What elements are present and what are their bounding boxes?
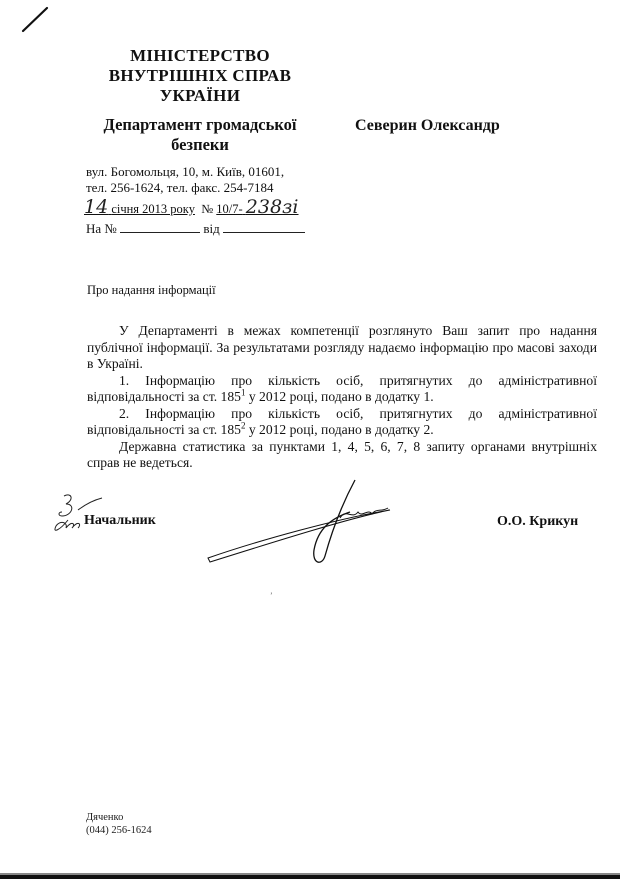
address-line-2: тел. 256-1624, тел. факс. 254-7184 (86, 180, 284, 196)
corner-pen-mark (20, 4, 50, 34)
stray-mark: ʼ (270, 591, 273, 600)
executor-phone: (044) 256-1624 (86, 824, 152, 837)
reply-reference: На № від (86, 221, 305, 237)
letterhead-address: вул. Богомольця, 10, м. Київ, 01601, тел… (86, 164, 284, 196)
signatory-name: О.О. Крикун (497, 514, 578, 530)
letter-subject: Про надання інформації (87, 283, 216, 298)
body-paragraph-intro: У Департаменті в межах компетенції розгл… (87, 323, 597, 373)
vid-date-blank (223, 221, 305, 233)
scan-edge-border (0, 873, 640, 881)
department-line-2: безпеки (80, 135, 320, 155)
ministry-heading: МІНІСТЕРСТВО ВНУТРІШНІХ СПРАВ УКРАЇНИ (80, 46, 320, 106)
ministry-line-2: ВНУТРІШНІХ СПРАВ (80, 66, 320, 86)
executor-name: Дяченко (86, 811, 152, 824)
handwritten-day: 14 (84, 196, 108, 218)
na-number-blank (120, 221, 200, 233)
department-heading: Департамент громадської безпеки (80, 115, 320, 155)
address-line-1: вул. Богомольця, 10, м. Київ, 01601, (86, 164, 284, 180)
number-label: № (201, 202, 213, 216)
ministry-line-1: МІНІСТЕРСТВО (80, 46, 320, 66)
ministry-line-3: УКРАЇНИ (80, 86, 320, 106)
body-item-2: 2. Інформацію про кількість осіб, притяг… (87, 406, 597, 439)
body-paragraph-statistics: Державна статистика за пунктами 1, 4, 5,… (87, 439, 597, 472)
printed-date: січня 2013 року (111, 202, 195, 216)
vid-label: від (203, 221, 219, 236)
letter-body: У Департаменті в межах компетенції розгл… (87, 323, 597, 472)
recipient-name: Северин Олександр (355, 117, 500, 135)
na-label: На № (86, 221, 117, 236)
signatory-title: Начальник (84, 513, 156, 529)
number-prefix: 10/7- (216, 202, 242, 216)
signature-icon (200, 478, 410, 568)
executor-info: Дяченко (044) 256-1624 (86, 811, 152, 837)
outgoing-date: 14 січня 2013 року (84, 202, 195, 216)
body-item-1: 1. Інформацію про кількість осіб, притяг… (87, 373, 597, 406)
department-line-1: Департамент громадської (80, 115, 320, 135)
handwritten-number: 238зі (246, 196, 299, 218)
outgoing-number: 10/7- 238зі (216, 202, 298, 216)
outgoing-date-number: 14 січня 2013 року № 10/7- 238зі (84, 196, 299, 218)
